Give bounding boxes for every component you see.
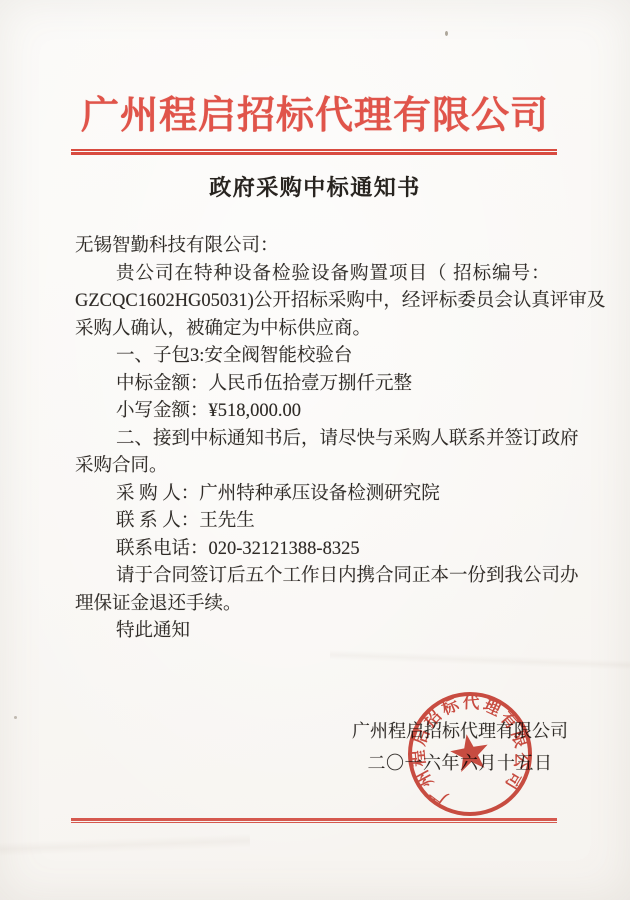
body-line-project: 贵公司在特种设备检验设备购置项目（ 招标编号：: [75, 261, 567, 289]
scanned-notice-page: 广州程启招标代理有限公司 政府采购中标通知书 无锡智勤科技有限公司： 贵公司在特…: [0, 0, 630, 900]
letterhead-company-name: 广州程启招标代理有限公司: [0, 84, 630, 139]
body-line-amount-figure: 小写金额：¥518,000.00: [75, 398, 567, 426]
paper-crease: [330, 650, 630, 670]
body-line-subpackage: 一、子包3:安全阀智能校验台: [75, 343, 567, 371]
body-line-tender-no: GZCQC1602HG05031)公开招标采购中，经评标委员会认真评审及: [75, 288, 567, 316]
scan-speck: [14, 716, 17, 719]
body-line-contact-person: 联 系 人：王先生: [75, 508, 567, 536]
body-line-contact-phone: 联系电话：020-32121388-8325: [75, 536, 567, 564]
paper-crease: [0, 834, 250, 857]
body-line-amount-words: 中标金额：人民币伍拾壹万捌仟元整: [75, 371, 567, 399]
recipient-line: 无锡智勤科技有限公司：: [75, 233, 567, 261]
signature-block: 广州程启招标代理有限公司 二〇一六年六月十五日: [351, 718, 569, 776]
body-line-contract-1: 二、接到中标通知书后，请尽快与采购人联系并签订政府: [75, 426, 567, 454]
header-rule: [71, 149, 557, 155]
body-line-deposit-2: 理保证金退还手续。: [75, 591, 567, 619]
body-line-confirm: 采购人确认，被确定为中标供应商。: [75, 316, 567, 344]
signature-company: 广州程启招标代理有限公司: [351, 718, 569, 744]
body-line-purchaser: 采 购 人：广州特种承压设备检测研究院: [75, 481, 567, 509]
document-title: 政府采购中标通知书: [0, 171, 630, 202]
body-line-deposit-1: 请于合同签订后五个工作日内携合同正本一份到我公司办: [75, 563, 567, 591]
scan-speck: [445, 31, 448, 36]
notice-body: 无锡智勤科技有限公司： 贵公司在特种设备检验设备购置项目（ 招标编号： GZCQ…: [75, 233, 567, 646]
body-line-contract-2: 采购合同。: [75, 453, 567, 481]
body-line-closing: 特此通知: [75, 618, 567, 646]
footer-rule: [71, 818, 557, 823]
signature-date: 二〇一六年六月十五日: [351, 750, 569, 776]
